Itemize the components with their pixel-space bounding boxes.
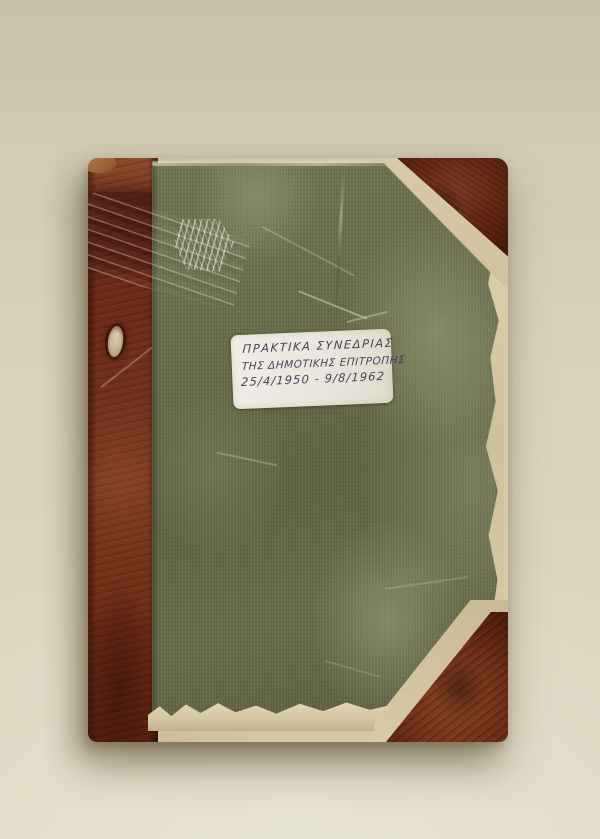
spine-corner-chip [88, 158, 116, 173]
book-cover: ΠΡΑΚΤΙΚΑ ΣΥΝΕΔΡΙΑΣ ΤΗΣ ΔΗΜΟΤΙΚΗΣ ΕΠΙΤΡΟΠ… [88, 158, 508, 742]
handwritten-paper-label: ΠΡΑΚΤΙΚΑ ΣΥΝΕΔΡΙΑΣ ΤΗΣ ΔΗΜΟΤΙΚΗΣ ΕΠΙΤΡΟΠ… [231, 329, 394, 410]
label-title-line: ΠΡΑΚΤΙΚΑ ΣΥΝΕΔΡΙΑΣ [242, 338, 386, 356]
label-dates-line: 25/4/1950 - 9/8/1962 [241, 371, 385, 389]
label-text-block: ΠΡΑΚΤΙΚΑ ΣΥΝΕΔΡΙΑΣ ΤΗΣ ΔΗΜΟΤΙΚΗΣ ΕΠΙΤΡΟΠ… [241, 338, 387, 389]
photograph-background: ΠΡΑΚΤΙΚΑ ΣΥΝΕΔΡΙΑΣ ΤΗΣ ΔΗΜΟΤΙΚΗΣ ΕΠΙΤΡΟΠ… [0, 0, 600, 839]
spine-worn-hole [106, 325, 125, 358]
top-edge-fray [152, 161, 402, 166]
